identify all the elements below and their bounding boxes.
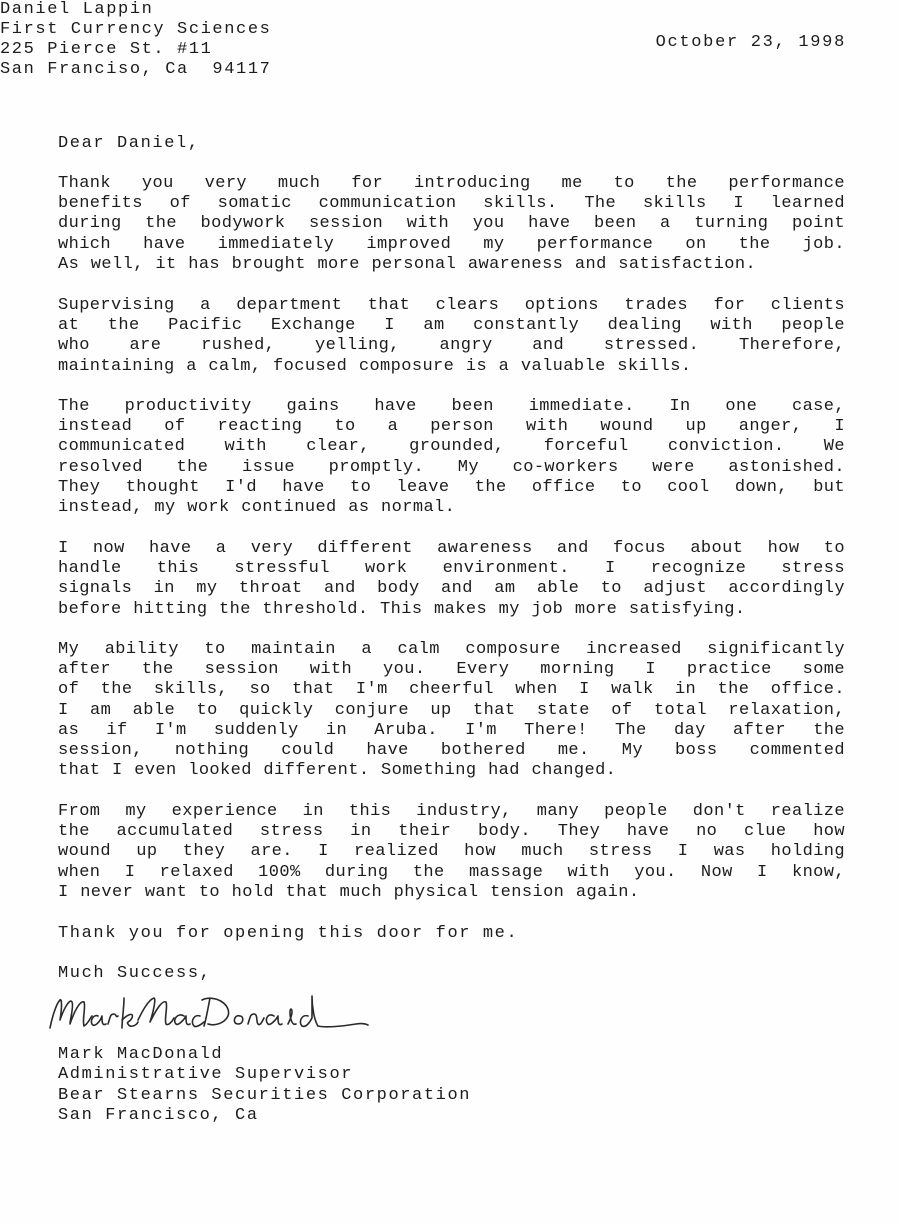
paragraph-line: signals in my throat and body and am abl… [58,579,845,599]
letter-date: October 23, 1998 [656,33,846,53]
paragraph-line: As well, it has brought more personal aw… [58,255,845,275]
paragraph-line: The productivity gains have been immedia… [58,397,845,417]
thanks-line: Thank you for opening this door for me. [58,924,518,944]
body-paragraph-3: The productivity gains have been immedia… [58,397,845,518]
recipient-city: San Franciso, Ca 94117 [0,60,900,80]
paragraph-line: as if I'm suddenly in Aruba. I'm There! … [58,721,845,741]
paragraph-line: at the Pacific Exchange I am constantly … [58,316,845,336]
sender-block: Mark MacDonald Administrative Supervisor… [58,1045,471,1126]
body-paragraph-2: Supervising a department that clears opt… [58,296,845,377]
paragraph-line: maintaining a calm, focused composure is… [58,357,845,377]
paragraph-line: Thank you very much for introducing me t… [58,174,845,194]
body-paragraph-1: Thank you very much for introducing me t… [58,174,845,275]
paragraph-line: I am able to quickly conjure up that sta… [58,701,845,721]
paragraph-line: instead of reacting to a person with wou… [58,417,845,437]
paragraph-line: before hitting the threshold. This makes… [58,600,845,620]
body-paragraph-5: My ability to maintain a calm composure … [58,640,845,781]
paragraph-line: resolved the issue promptly. My co-worke… [58,458,845,478]
sender-name: Mark MacDonald [58,1045,471,1065]
sign-off: Much Success, [58,964,211,984]
handwritten-signature-icon [44,990,374,1036]
sender-title: Administrative Supervisor [58,1065,471,1085]
paragraph-line: benefits of somatic communication skills… [58,194,845,214]
paragraph-line: during the bodywork session with you hav… [58,214,845,234]
paragraph-line: session, nothing could have bothered me.… [58,741,845,761]
paragraph-line: I now have a very different awareness an… [58,539,845,559]
body-paragraph-6: From my experience in this industry, man… [58,802,845,903]
paragraph-line: the accumulated stress in their body. Th… [58,822,845,842]
salutation: Dear Daniel, [58,134,200,154]
paragraph-line: instead, my work continued as normal. [58,498,845,518]
paragraph-line: My ability to maintain a calm composure … [58,640,845,660]
paragraph-line: Supervising a department that clears opt… [58,296,845,316]
sender-company: Bear Stearns Securities Corporation [58,1086,471,1106]
paragraph-line: which have immediately improved my perfo… [58,235,845,255]
paragraph-line: They thought I'd have to leave the offic… [58,478,845,498]
paragraph-line: wound up they are. I realized how much s… [58,842,845,862]
paragraph-line: when I relaxed 100% during the massage w… [58,863,845,883]
paragraph-line: I never want to hold that much physical … [58,883,845,903]
paragraph-line: of the skills, so that I'm cheerful when… [58,680,845,700]
body-paragraph-4: I now have a very different awareness an… [58,539,845,620]
paragraph-line: who are rushed, yelling, angry and stres… [58,336,845,356]
recipient-name: Daniel Lappin [0,0,900,20]
paragraph-line: that I even looked different. Something … [58,761,845,781]
paragraph-line: handle this stressful work environment. … [58,559,845,579]
paragraph-line: communicated with clear, grounded, force… [58,437,845,457]
sender-city: San Francisco, Ca [58,1106,471,1126]
paragraph-line: From my experience in this industry, man… [58,802,845,822]
letter-page: Daniel Lappin First Currency Sciences 22… [0,0,900,1225]
paragraph-line: after the session with you. Every mornin… [58,660,845,680]
